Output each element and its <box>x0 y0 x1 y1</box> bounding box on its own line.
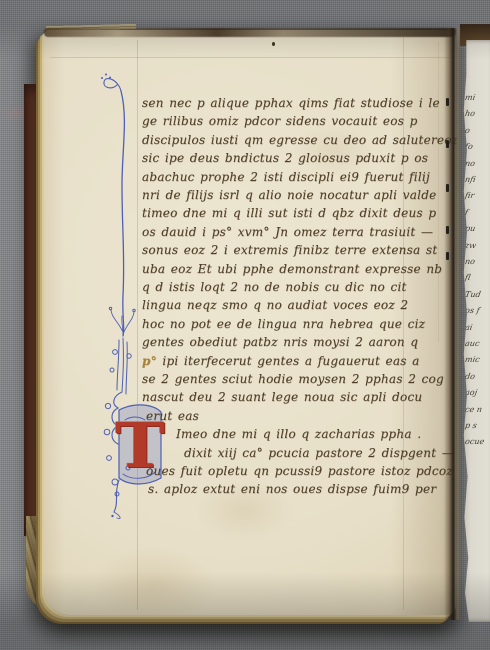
top-edge-stain <box>44 28 456 37</box>
sewing-mark <box>446 226 449 234</box>
ink-speck <box>272 42 275 46</box>
facing-page-text-fragment: fl <box>464 273 471 283</box>
manuscript-text-line: gentes obediut patbz nris moysi 2 aaron … <box>142 335 418 350</box>
manuscript-text-line: sic ipe deus bndictus 2 gloiosus pduxit … <box>142 151 428 166</box>
sewing-mark <box>446 252 449 260</box>
facing-page-text-fragment: ocue <box>464 437 485 447</box>
manuscript-text-line: uba eoz Et ubi pphe demonstrant expresse… <box>142 262 442 277</box>
facing-page-text-fragment: p s <box>464 421 478 431</box>
top-ruling-line <box>50 57 450 58</box>
sewing-mark <box>446 184 449 192</box>
manuscript-text-line: se 2 gentes sciut hodie moysen 2 pphas 2… <box>142 372 444 387</box>
sewing-mark <box>446 98 449 106</box>
book-gutter <box>444 28 461 620</box>
facing-page-text-fragment: ho <box>464 109 476 119</box>
manuscript-text-line: sen nec p alique pphax qims fiat studios… <box>142 96 440 111</box>
facing-page-text-fragment: mi <box>464 93 476 103</box>
facing-page-text-fragment: fir <box>464 191 475 201</box>
manuscript-text-line: p° ipi iterfecerut gentes a fugauerut ea… <box>142 354 420 369</box>
manuscript-text-line: discipulos iusti qm egresse cu deo ad sa… <box>142 133 458 148</box>
manuscript-text-line: timeo dne mi q illi sut isti d qbz dixit… <box>142 206 436 221</box>
illuminated-initial: T <box>111 412 169 484</box>
manuscript-text-line: sonus eoz 2 i extremis finibz terre exte… <box>142 243 437 258</box>
facing-page-text-fragment: do <box>464 372 476 382</box>
facing-page-text-fragment: no <box>464 257 476 267</box>
manuscript-text-line: os dauid i ps° xvm° Jn omez terra trasiu… <box>142 225 433 240</box>
manuscript-text-line: Imeo dne mi q illo q zacharias ppha . <box>176 427 421 442</box>
manuscript-text-line: hoc no pot ee de lingua nra hebrea que c… <box>142 317 425 332</box>
text-lines: sen nec p alique pphax qims fiat studios… <box>142 96 440 506</box>
facing-page-text-fragment: ce n <box>464 405 483 415</box>
manuscript-text-line: abachuc prophe 2 isti discipli ei9 fueru… <box>142 170 430 185</box>
manuscript-text-line: oues fuit opletu qn pcussi9 pastore isto… <box>146 464 453 479</box>
manuscript-text-line: nri de filijs isrl q alio noie nocatur a… <box>142 188 436 203</box>
facing-page-text-fragment: Tud <box>464 290 481 300</box>
facing-page-text-fragment: mic <box>464 355 480 365</box>
facing-page-text-fragment: auc <box>464 339 480 349</box>
manuscript-photo: T sen nec p alique pphax qims fiat studi… <box>0 0 490 650</box>
manuscript-text-line: ge rilibus omiz pdcor sidens vocauit eos… <box>142 114 418 129</box>
manuscript-text-line: lingua neqz smo q no audiat voces eoz 2 <box>142 298 408 313</box>
manuscript-text-line: q d istis loqt 2 no de nobis cu dic no c… <box>142 280 407 295</box>
sewing-mark <box>446 140 449 148</box>
facing-page-text-fragment: nfi <box>464 175 476 185</box>
manuscript-text-line: nascut deu 2 suant lege noua sic apli do… <box>142 390 422 405</box>
gold-washed-letter: p° <box>142 354 157 368</box>
manuscript-text-line: dixit xiij ca° pcucia pastore 2 dispgent… <box>184 446 454 461</box>
manuscript-text-line: s. aploz extut eni nos oues dispse fuim9… <box>148 482 436 497</box>
